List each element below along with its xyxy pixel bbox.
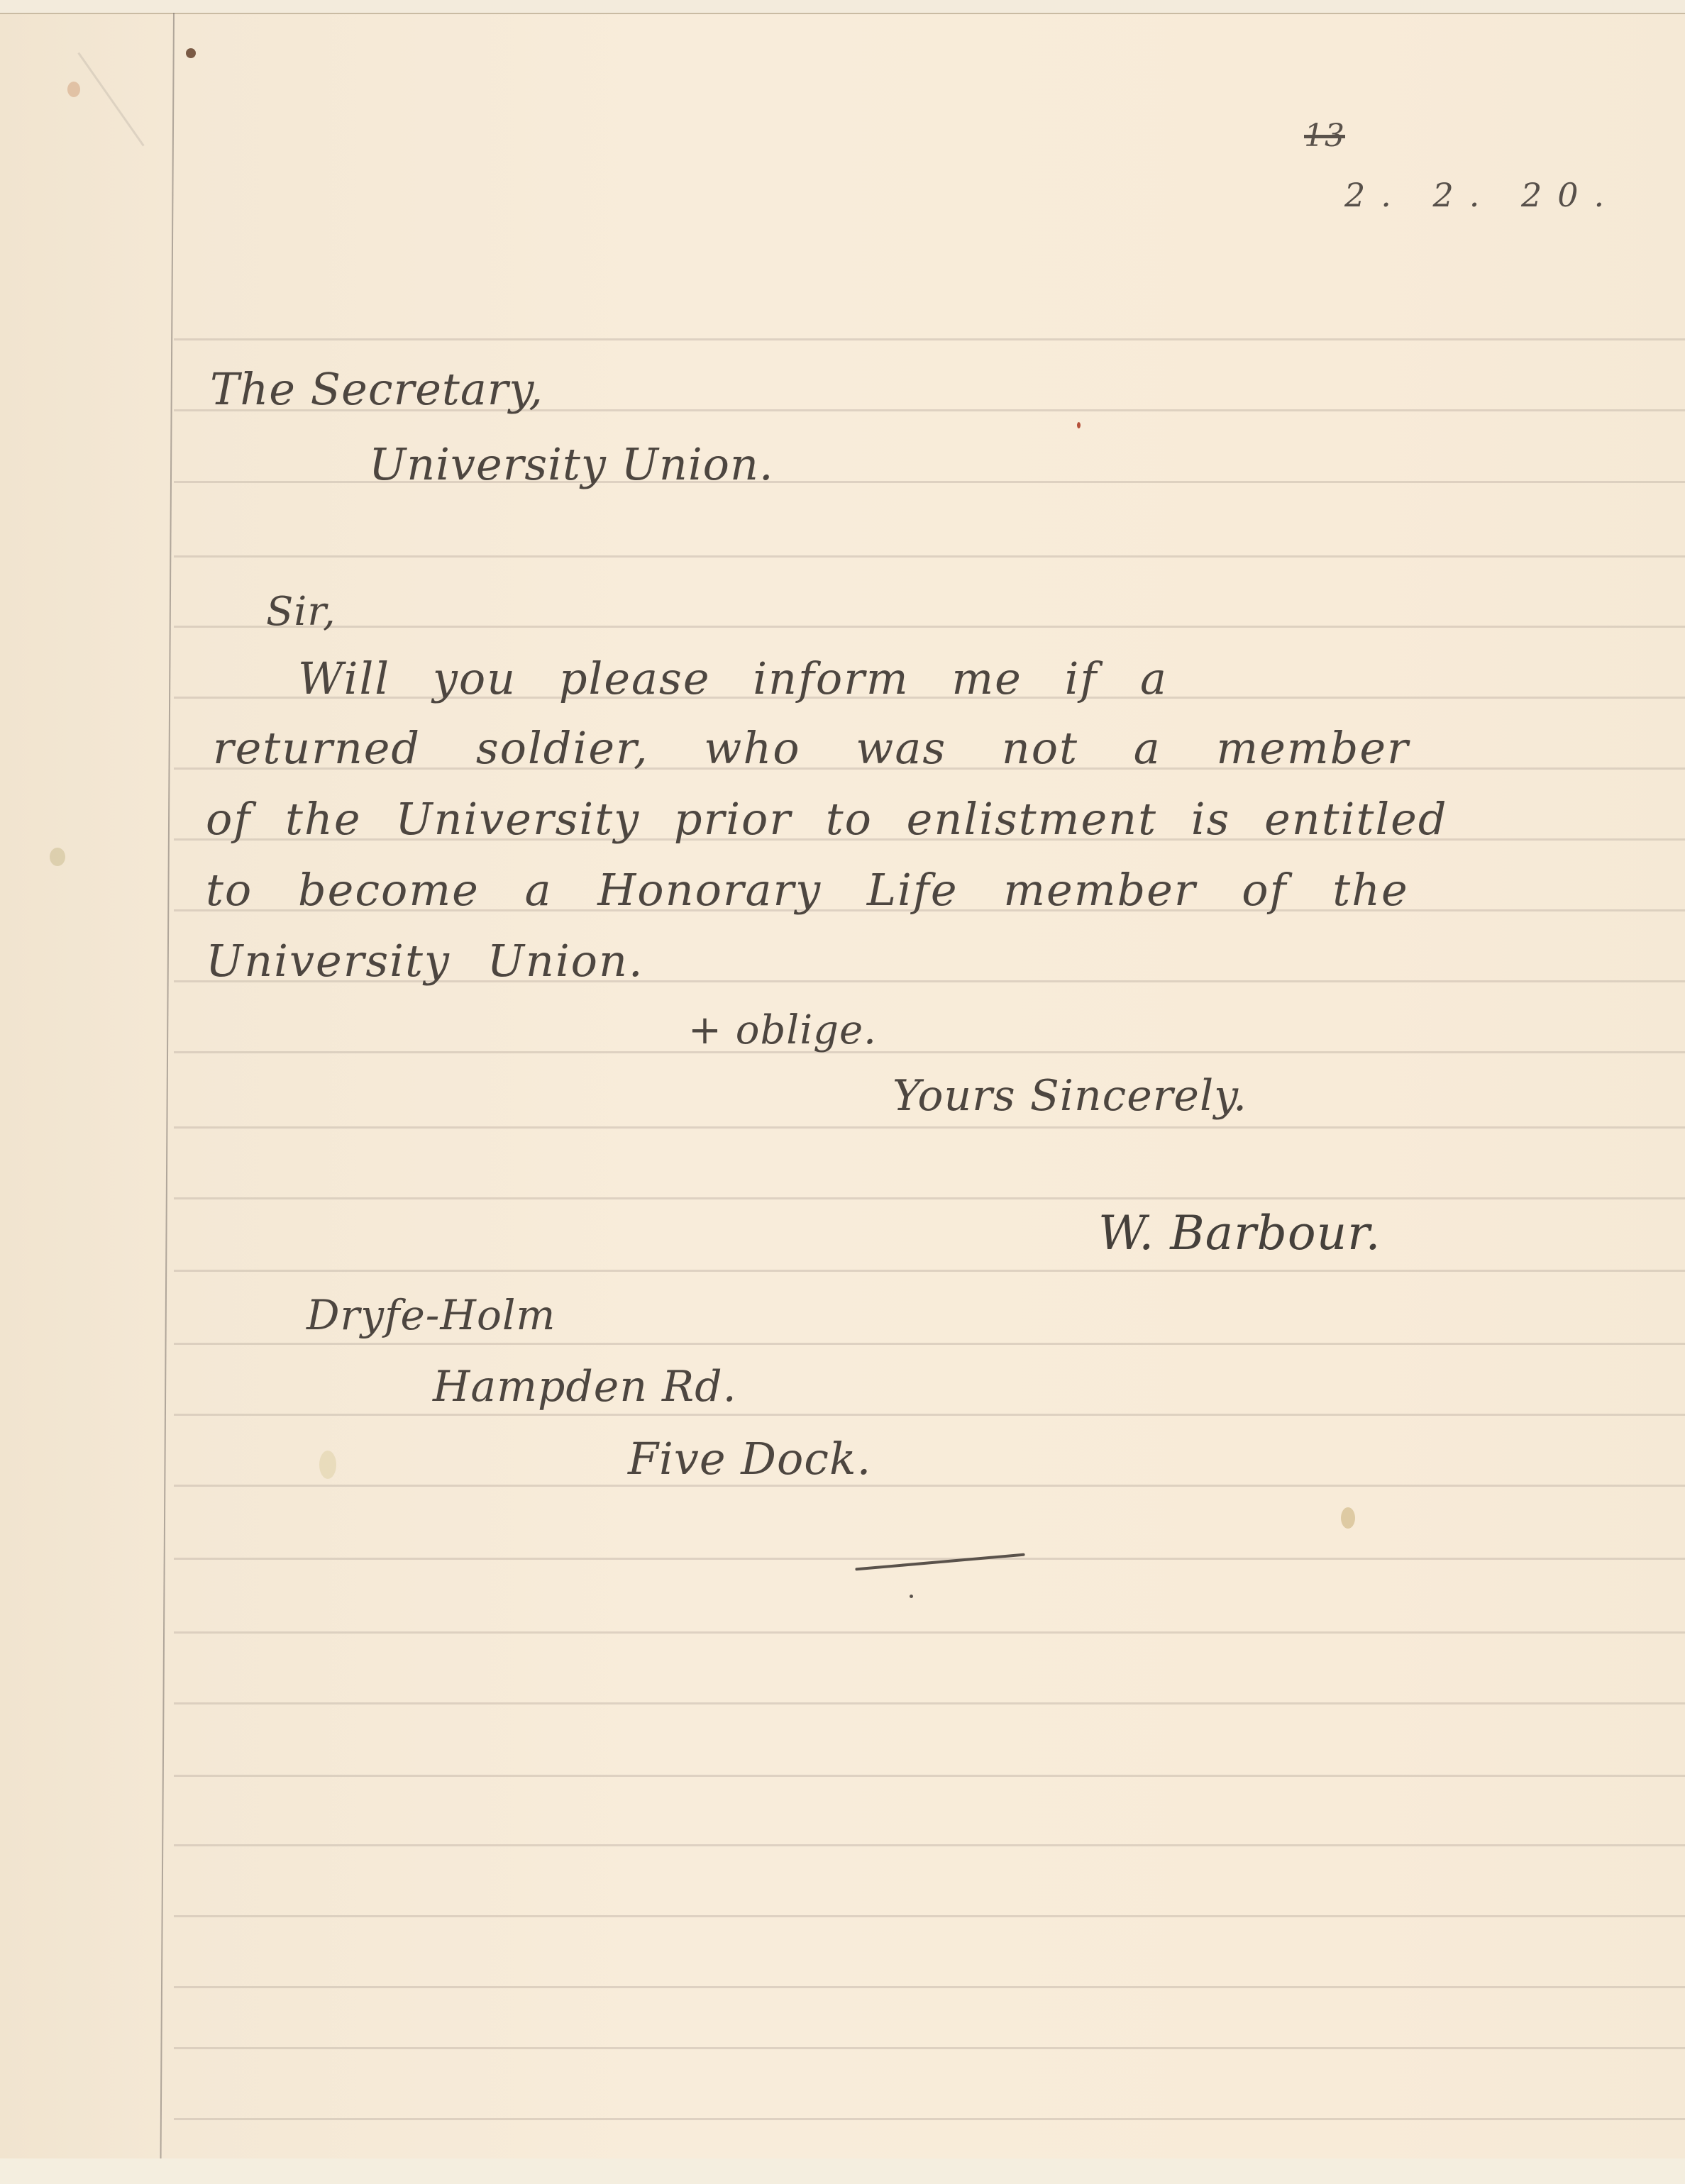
ruled-line <box>174 1986 1685 1988</box>
end-dot <box>910 1595 913 1598</box>
ruled-line <box>174 1631 1685 1634</box>
scan-border-bottom <box>0 2158 1685 2184</box>
ruled-line <box>174 555 1685 558</box>
body-line: University Union. <box>206 935 644 987</box>
recipient-organization: University Union. <box>369 438 774 490</box>
salutation: Sir, <box>266 589 336 635</box>
ruled-line <box>174 1197 1685 1199</box>
ruled-line <box>174 1051 1685 1053</box>
body-line: of the University prior to enlistment is… <box>206 793 1448 845</box>
ruled-line <box>174 1126 1685 1129</box>
body-line: to become a Honorary Life member of the <box>206 864 1409 916</box>
ruled-line <box>174 338 1685 340</box>
ruled-line <box>174 1343 1685 1345</box>
body-line: returned soldier, who was not a member <box>213 722 1410 774</box>
ruled-line <box>174 1915 1685 1917</box>
address-line: Five Dock. <box>628 1433 871 1485</box>
address-line: Hampden Rd. <box>433 1362 737 1412</box>
ruled-line <box>174 626 1685 628</box>
ruled-line <box>174 1775 1685 1777</box>
ruled-line <box>174 1558 1685 1560</box>
stain-spot <box>67 82 80 97</box>
ruled-line <box>174 1270 1685 1272</box>
ink-spot <box>186 48 196 58</box>
ruled-line <box>174 1414 1685 1416</box>
ruled-line <box>174 2118 1685 2120</box>
ruled-line <box>174 1485 1685 1487</box>
red-speck <box>1077 422 1081 428</box>
signature: W. Barbour. <box>1098 1206 1381 1260</box>
recipient-title: The Secretary, <box>210 363 543 415</box>
ruled-line <box>174 2047 1685 2049</box>
struck-number: 13 <box>1304 118 1345 154</box>
ruled-line <box>174 1844 1685 1846</box>
ruled-line <box>174 1702 1685 1704</box>
stain-spot <box>1341 1507 1355 1529</box>
stain-spot <box>50 848 65 866</box>
address-line: Dryfe-Holm <box>306 1291 556 1339</box>
letter-paper <box>0 13 1685 2161</box>
letter-date: 2. 2. 20. <box>1344 176 1620 214</box>
stain-spot <box>319 1451 336 1479</box>
body-line: Will you please inform me if a <box>298 653 1168 704</box>
closing-oblige: + oblige. <box>688 1007 877 1053</box>
scan-border-top <box>0 0 1685 13</box>
valediction: Yours Sincerely. <box>893 1071 1247 1121</box>
